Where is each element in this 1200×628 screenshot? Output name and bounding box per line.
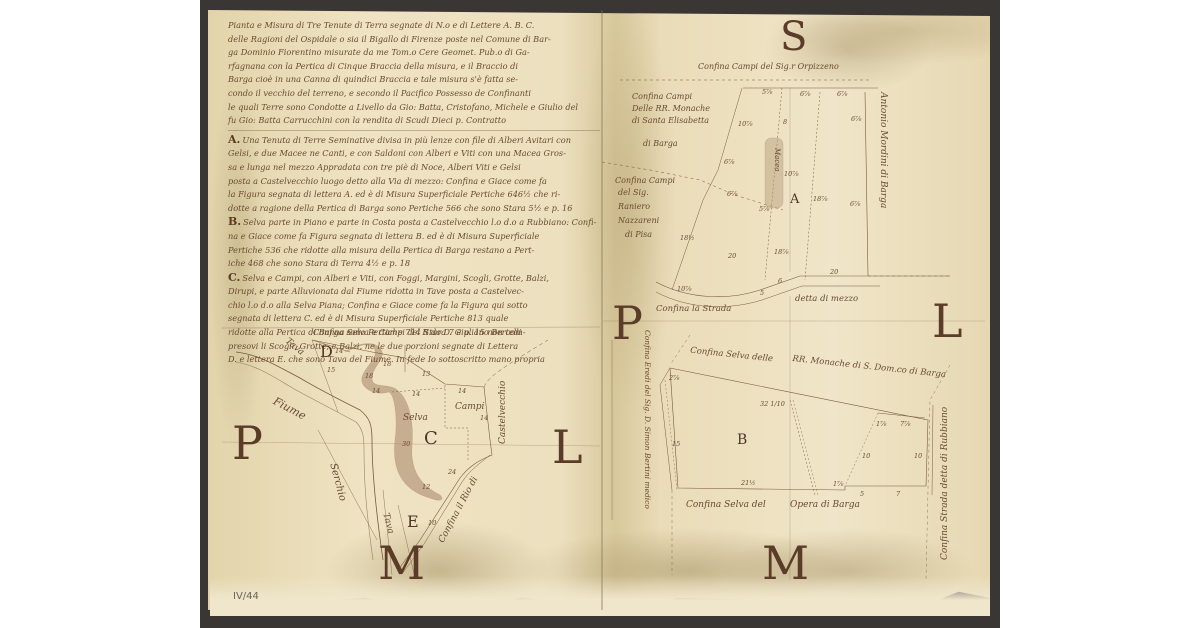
measurement-a: 20: [830, 268, 838, 276]
measurement-a: 6⅞: [724, 158, 734, 166]
compass-south-letter-left: M: [378, 540, 425, 586]
center-fold: [601, 10, 603, 610]
measurement-b: 10: [862, 452, 870, 460]
measurement-a: 5: [760, 289, 764, 297]
paragraph-b-line: Pertiche 536 che ridotte alla misura del…: [228, 245, 600, 257]
measurement: 13: [422, 370, 430, 378]
castelvecchio-label: Castelvecchio: [498, 381, 508, 444]
paragraph-c-line: chio l.o d.o alla Selva Piana; Confina e…: [228, 300, 600, 312]
measurement-a: 6⅞: [727, 190, 737, 198]
header-line: Barga cioè in una Canna di quindici Brac…: [228, 74, 600, 86]
header-line: rfagnana con la Pertica di Cinque Bracci…: [228, 61, 600, 73]
border-label-mordini: Antonio Mordini di Barga: [878, 92, 888, 208]
measurement-b: 10: [914, 452, 922, 460]
paragraph-a-line: la Figura segnata di lettera A. ed è di …: [228, 189, 600, 201]
border-label-nazzareni-4: Nazzareni: [618, 216, 659, 225]
measurement-a: 10⅞: [738, 120, 753, 128]
border-label-opera-1: Confina Selva del: [686, 500, 766, 510]
border-label-nazzareni-1: Confina Campi: [615, 176, 675, 185]
paragraph-letter-b: B.: [228, 215, 241, 228]
plot-letter-c: C: [424, 428, 438, 449]
border-label-campi-top: Confina Campi del Sig.r Orpizzeno: [698, 62, 839, 71]
measurement: 10: [428, 519, 436, 527]
plot-letter-a: A: [790, 192, 799, 207]
compass-east-letter-left: L: [552, 424, 583, 470]
macea-label: Macea: [773, 148, 781, 172]
catalog-number: IV/44: [233, 591, 259, 602]
measurement-a: 5⅞: [762, 88, 772, 96]
selva-label: Selva: [403, 413, 428, 423]
measurement: 14: [372, 387, 380, 395]
measurement-b: 2⅞: [669, 374, 679, 382]
paragraph-a-line: sa e lunga nel mezzo Appradata con tre p…: [228, 162, 600, 174]
title-cartouche: Pianta e Misura di Tre Tenute di Terra s…: [228, 20, 600, 368]
measurement-b: 21½: [741, 479, 756, 487]
measurement-b: 1⅞: [876, 420, 886, 428]
paragraph-a-line: A.Una Tenuta di Terre Seminative divisa …: [228, 134, 600, 147]
paragraph-c-line: Dirupi, e parte Alluvionata dal Fiume ri…: [228, 286, 600, 298]
paragraph-b-line: na e Giace come fa Figura segnata di let…: [228, 231, 600, 243]
measurement: 24: [448, 468, 456, 476]
measurement: 18: [383, 360, 391, 368]
border-label-nazzareni-3: Raniero: [618, 202, 650, 211]
border-label-nazzareni-2: del Sig.: [618, 188, 649, 197]
measurement-a: 18½: [680, 234, 695, 242]
paragraph-a-line: Gelsi, e due Macee ne Canti, e con Saldo…: [228, 148, 600, 160]
measurement-a: 5⅞: [759, 205, 769, 213]
paragraph-c-line: segnata di lettera C. ed è di Misura Sup…: [228, 313, 600, 325]
measurement: 18: [365, 372, 373, 380]
measurement-a: 6⅞: [800, 90, 810, 98]
border-label-nazzareni-5: di Pisa: [625, 230, 652, 239]
header-line: Pianta e Misura di Tre Tenute di Terra s…: [228, 20, 600, 32]
compass-east-letter-right: L: [932, 298, 963, 344]
road-label-2: detta di mezzo: [795, 294, 858, 304]
measurement: 14: [335, 347, 343, 355]
measurement-a: 20: [728, 252, 736, 260]
measurement: 14: [458, 387, 466, 395]
border-label-bertini: Confina Eredi del Sig. D. Simon Bertini …: [643, 330, 652, 509]
measurement-b: 7⅞: [900, 420, 910, 428]
paragraph-a-line: dotte a ragione della Pertica di Barga s…: [228, 203, 600, 215]
measurement: 15: [327, 366, 335, 374]
border-label-opera-2: Opera di Barga: [790, 500, 860, 510]
measurement-a: 10⅞: [677, 285, 692, 293]
paragraph-letter-a: A.: [228, 133, 240, 146]
measurement-b: 32 1/10: [760, 400, 785, 408]
plot-letter-b: B: [737, 432, 747, 448]
measurement: 12: [422, 483, 430, 491]
measurement-a: 8: [783, 118, 787, 126]
border-label-bertelli: Confina Selva e Campi del R.do D. Giulia…: [313, 328, 521, 337]
measurement: 14: [480, 414, 488, 422]
paragraph-letter-c: C.: [228, 271, 240, 284]
measurement-a: 18⅞: [774, 248, 789, 256]
border-label-monache-1: Confina Campi: [632, 92, 692, 101]
paragraph-b-line: B.Selva parte in Piano e parte in Costa …: [228, 216, 600, 229]
border-label-rubbiano: Confina Strada detta di Rubbiano: [940, 407, 950, 560]
paragraph-c-line: D. e lettera E. che sono Tava del Fiume.…: [228, 354, 600, 366]
paragraph-a-line: posta a Castelvecchio luogo detto alla V…: [228, 176, 600, 188]
border-label-monache-4: di Barga: [643, 139, 678, 148]
measurement-a: 6: [778, 277, 782, 285]
header-line: fu Gio: Batta Carrucchini con la rendita…: [228, 115, 600, 127]
measurement-a: 18⅞: [813, 195, 828, 203]
header-line: condo il vecchio del terreno, e secondo …: [228, 88, 600, 100]
measurement: 30: [402, 440, 410, 448]
compass-west-letter-right: P: [612, 300, 643, 346]
header-line: delle Ragioni del Ospidale o sia il Biga…: [228, 34, 600, 46]
measurement-b: 15: [672, 440, 680, 448]
paper-edge-light: [210, 576, 990, 616]
campi-label: Campi: [455, 402, 484, 412]
road-label-1: Confina la Strada: [656, 304, 731, 314]
border-label-monache-3: di Santa Elisabetta: [632, 116, 709, 125]
divider: [228, 130, 600, 131]
measurement: 14: [412, 390, 420, 398]
compass-west-letter-left: P: [232, 420, 263, 466]
border-label-monache-2: Delle RR. Monache: [632, 104, 710, 113]
paragraph-b-line: iche 468 che sono Stara di Terra 4½ e p.…: [228, 258, 600, 270]
measurement-b: 1⅞: [833, 480, 843, 488]
paragraph-c-line: C.Selva e Campi, con Alberi e Viti, con …: [228, 272, 600, 285]
compass-south-letter-right: M: [762, 540, 809, 586]
measurement-b: 5: [860, 490, 864, 498]
measurement-a: 6⅞: [837, 90, 847, 98]
measurement-a: 6⅞: [850, 200, 860, 208]
compass-north-letter: S: [780, 14, 807, 60]
header-line: ga Dominio Fiorentino misurate da me Tom…: [228, 47, 600, 59]
measurement-a: 10⅞: [784, 170, 799, 178]
header-line: le quali Terre sono Condotte a Livello d…: [228, 102, 600, 114]
plot-letter-d: D: [320, 342, 333, 361]
plot-letter-e: E: [407, 512, 419, 531]
measurement-a: 6⅞: [851, 115, 861, 123]
measurement-b: 7: [896, 490, 900, 498]
